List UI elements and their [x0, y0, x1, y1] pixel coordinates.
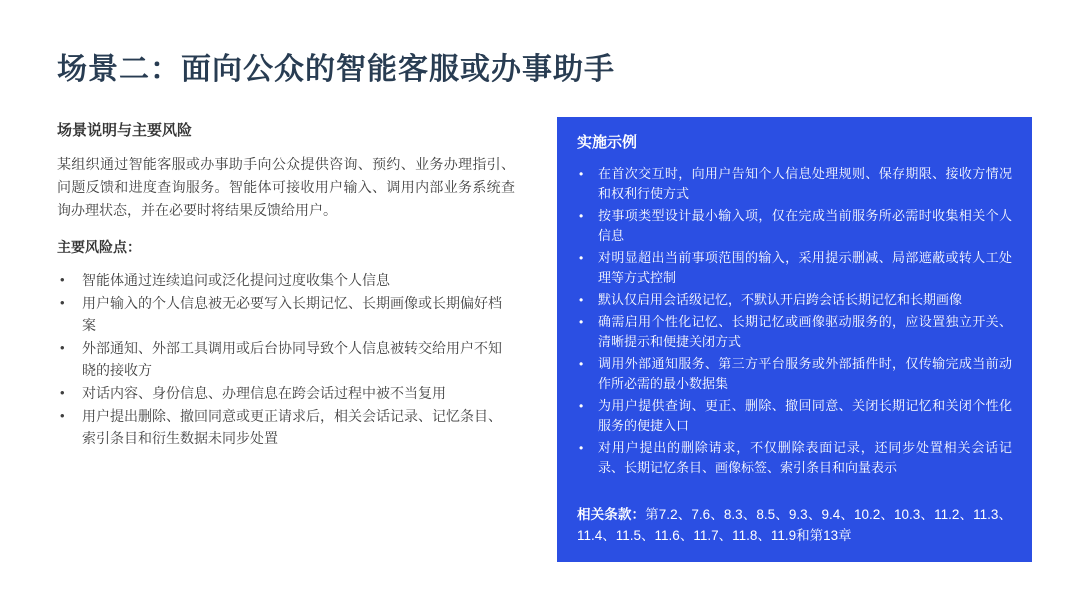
implementation-item: 默认仅启用会话级记忆，不默认开启跨会话长期记忆和长期画像 — [577, 290, 1012, 310]
scenario-description: 某组织通过智能客服或办事助手向公众提供咨询、预约、业务办理指引、问题反馈和进度查… — [57, 153, 515, 222]
implementation-item: 在首次交互时，向用户告知个人信息处理规则、保存期限、接收方情况和权利行使方式 — [577, 164, 1012, 204]
implementation-heading: 实施示例 — [577, 131, 1012, 152]
implementation-item: 确需启用个性化记忆、长期记忆或画像驱动服务的，应设置独立开关、清晰提示和便捷关闭… — [577, 312, 1012, 352]
slide-canvas: { "slide": { "title": "场景二：面向公众的智能客服或办事助… — [0, 0, 1080, 608]
risk-item: 对话内容、身份信息、办理信息在跨会话过程中被不当复用 — [57, 382, 515, 404]
implementation-list: 在首次交互时，向用户告知个人信息处理规则、保存期限、接收方情况和权利行使方式 按… — [577, 164, 1012, 480]
risk-item: 外部通知、外部工具调用或后台协同导致个人信息被转交给用户不知晓的接收方 — [57, 337, 515, 381]
related-clauses-label: 相关条款： — [577, 507, 645, 522]
implementation-item: 按事项类型设计最小输入项，仅在完成当前服务所必需时收集相关个人信息 — [577, 206, 1012, 246]
related-clauses: 相关条款：第7.2、7.6、8.3、8.5、9.3、9.4、10.2、10.3、… — [577, 486, 1012, 546]
implementation-item: 对明显超出当前事项范围的输入，采用提示删减、局部遮蔽或转人工处理等方式控制 — [577, 248, 1012, 288]
implementation-item: 对用户提出的删除请求，不仅删除表面记录，还同步处置相关会话记录、长期记忆条目、画… — [577, 438, 1012, 478]
implementation-item: 为用户提供查询、更正、删除、撤回同意、关闭长期记忆和关闭个性化服务的便捷入口 — [577, 396, 1012, 436]
risk-item: 用户输入的个人信息被无必要写入长期记忆、长期画像或长期偏好档案 — [57, 292, 515, 336]
risk-list: 智能体通过连续追问或泛化提问过度收集个人信息 用户输入的个人信息被无必要写入长期… — [57, 269, 515, 449]
scenario-panel: 场景说明与主要风险 某组织通过智能客服或办事助手向公众提供咨询、预约、业务办理指… — [57, 119, 515, 450]
risk-item: 智能体通过连续追问或泛化提问过度收集个人信息 — [57, 269, 515, 291]
implementation-panel: 实施示例 在首次交互时，向用户告知个人信息处理规则、保存期限、接收方情况和权利行… — [557, 117, 1032, 562]
scenario-heading: 场景说明与主要风险 — [57, 119, 515, 140]
page-title: 场景二：面向公众的智能客服或办事助手 — [57, 44, 615, 88]
risks-heading: 主要风险点： — [57, 237, 515, 257]
implementation-item: 调用外部通知服务、第三方平台服务或外部插件时，仅传输完成当前动作所必需的最小数据… — [577, 354, 1012, 394]
risk-item: 用户提出删除、撤回同意或更正请求后，相关会话记录、记忆条目、索引条目和衍生数据未… — [57, 405, 515, 449]
